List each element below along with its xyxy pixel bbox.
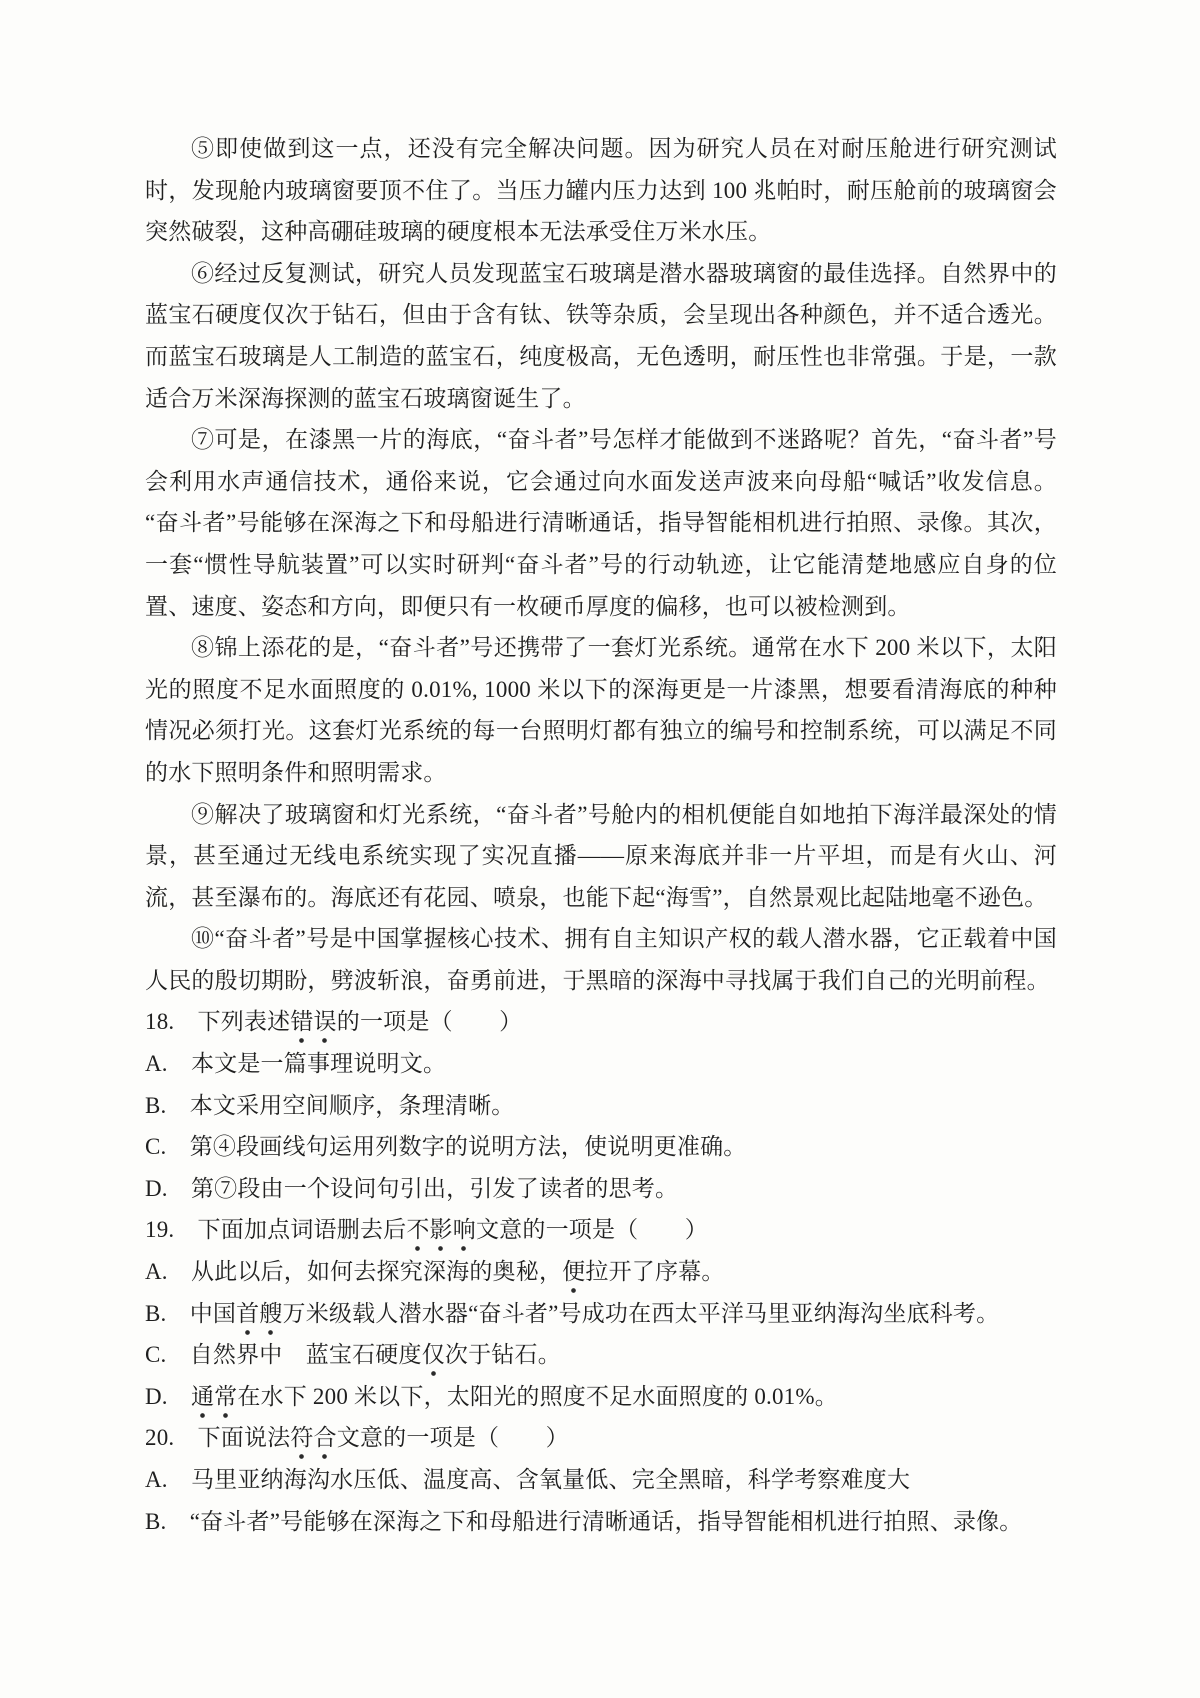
question-19-option-c: C. 自然界中 蓝宝石硬度仅次于钻石。: [145, 1334, 1057, 1376]
passage-paragraph-9: ⑨解决了玻璃窗和灯光系统，“奋斗者”号舱内的相机便能自如地拍下海洋最深处的情景，…: [145, 794, 1057, 919]
question-20-option-b: B. “奋斗者”号能够在深海之下和母船进行清晰通话，指导智能相机进行拍照、录像。: [145, 1501, 1057, 1543]
exam-page: ⑤即使做到这一点，还没有完全解决问题。因为研究人员在对耐压舱进行研究测试时，发现…: [0, 0, 1200, 1698]
question-20-stem-text: 20. 下面说法: [145, 1425, 290, 1450]
question-18-option-a: A. 本文是一篇事理说明文。: [145, 1043, 1057, 1085]
question-19-stem: 19. 下面加点词语删去后不影响文意的一项是（ ）: [145, 1209, 1057, 1251]
passage-paragraph-7: ⑦可是，在漆黑一片的海底，“奋斗者”号怎样才能做到不迷路呢？首先，“奋斗者”号会…: [145, 419, 1057, 627]
question-18-option-d: D. 第⑦段由一个设问句引出，引发了读者的思考。: [145, 1168, 1057, 1210]
question-19-stem-suffix: 文意的一项是（ ）: [476, 1217, 708, 1242]
question-18-stem-text: 18. 下列表述: [145, 1009, 290, 1034]
question-19-option-b: B. 中国首艘万米级载人潜水器“奋斗者”号成功在西太平洋马里亚纳海沟坐底科考。: [145, 1293, 1057, 1335]
question-20-stem: 20. 下面说法符合文意的一项是（ ）: [145, 1417, 1057, 1459]
question-20-stem-suffix: 文意的一项是（ ）: [337, 1425, 569, 1450]
question-19-emphasized-word: 不影响: [406, 1217, 476, 1251]
question-18-stem: 18. 下列表述错误的一项是（ ）: [145, 1001, 1057, 1043]
question-18-stem-suffix: 的一项是（ ）: [337, 1009, 523, 1034]
question-18-option-c: C. 第④段画线句运用列数字的说明方法，使说明更准确。: [145, 1126, 1057, 1168]
question-19-option-a: A. 从此以后，如何去探究深海的奥秘，便拉开了序幕。: [145, 1251, 1057, 1293]
passage-paragraph-10: ⑩“奋斗者”号是中国掌握核心技术、拥有自主知识产权的载人潜水器，它正载着中国人民…: [145, 918, 1057, 1001]
passage-paragraph-6: ⑥经过反复测试，研究人员发现蓝宝石玻璃是潜水器玻璃窗的最佳选择。自然界中的蓝宝石…: [145, 253, 1057, 419]
question-18-option-b: B. 本文采用空间顺序，条理清晰。: [145, 1085, 1057, 1127]
question-19-option-d: D. 通常在水下 200 米以下，太阳光的照度不足水面照度的 0.01%。: [145, 1376, 1057, 1418]
passage-paragraph-8: ⑧锦上添花的是，“奋斗者”号还携带了一套灯光系统。通常在水下 200 米以下，太…: [145, 627, 1057, 793]
passage-paragraph-5: ⑤即使做到这一点，还没有完全解决问题。因为研究人员在对耐压舱进行研究测试时，发现…: [145, 128, 1057, 253]
reading-passage: ⑤即使做到这一点，还没有完全解决问题。因为研究人员在对耐压舱进行研究测试时，发现…: [145, 128, 1057, 1542]
question-20-emphasized-word: 符合: [290, 1425, 336, 1459]
question-18-emphasized-word: 错误: [290, 1009, 336, 1043]
question-20-option-a: A. 马里亚纳海沟水压低、温度高、含氧量低、完全黑暗，科学考察难度大: [145, 1459, 1057, 1501]
question-19-stem-text: 19. 下面加点词语删去后: [145, 1217, 406, 1242]
